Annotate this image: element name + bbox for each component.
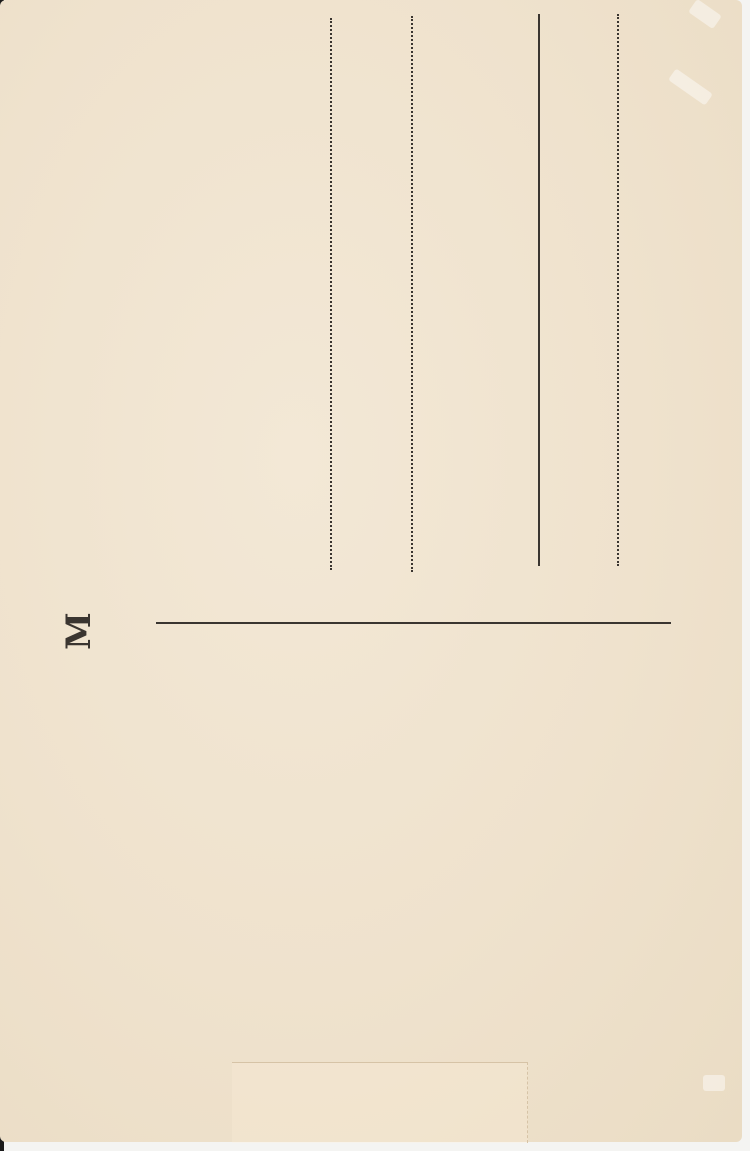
- divider-line: [538, 14, 540, 566]
- publisher-logo-icon: M: [58, 608, 100, 654]
- address-line-1: [330, 18, 332, 570]
- embossed-mark: [688, 0, 722, 29]
- stamp-area: [232, 1062, 528, 1143]
- address-line-3: [617, 14, 619, 566]
- embossed-mark: [668, 68, 713, 105]
- postcard-back: M: [0, 0, 742, 1142]
- address-line-2: [411, 16, 413, 572]
- embossed-mark: [703, 1075, 725, 1091]
- horizontal-divider: [156, 622, 671, 624]
